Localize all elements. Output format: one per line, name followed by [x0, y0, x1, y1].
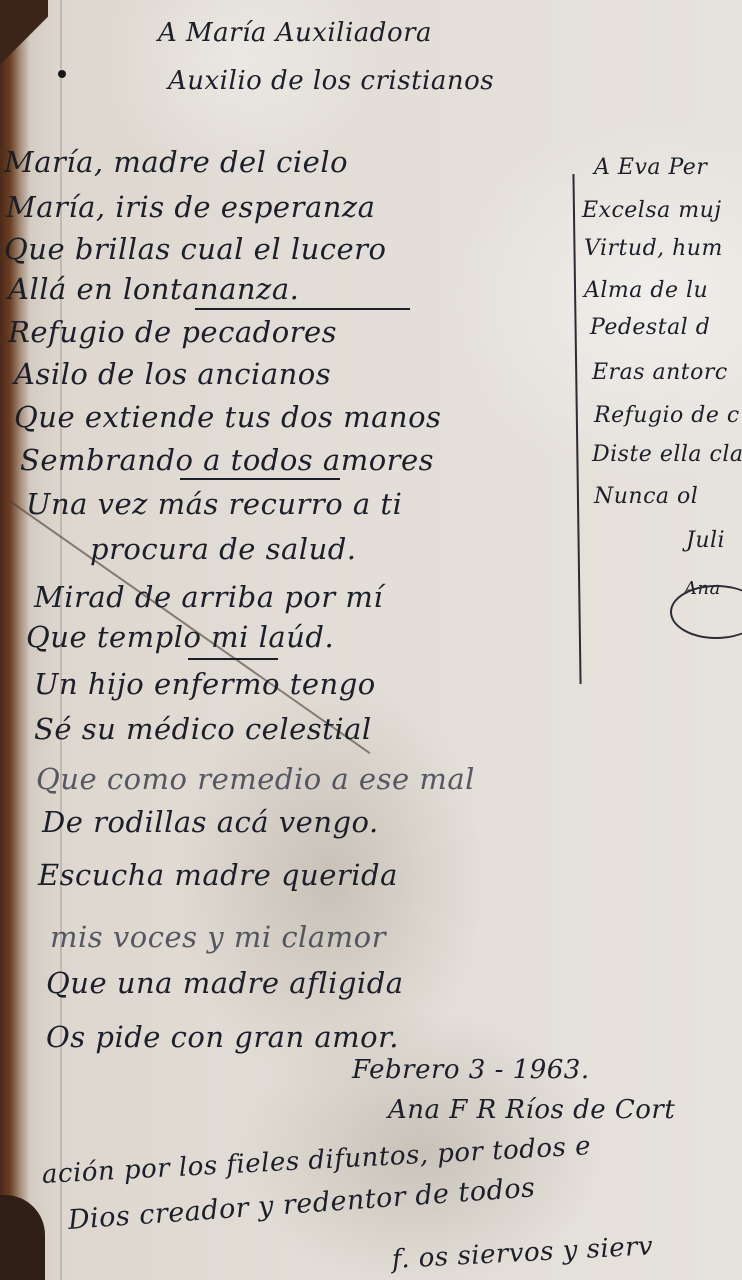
poem-line: Escucha madre querida	[38, 858, 398, 892]
side-line: Nunca ol	[594, 484, 698, 509]
side-line: Pedestal d	[590, 315, 710, 340]
poem-line: Sé su médico celestial	[34, 712, 372, 746]
poem-line: Una vez más recurro a ti	[26, 487, 402, 521]
side-line: Virtud, hum	[584, 236, 723, 261]
poem-line: María, madre del cielo	[4, 145, 348, 179]
underline	[180, 478, 340, 480]
side-line: Alma de lu	[584, 278, 708, 303]
poem-line: Mirad de arriba por mí	[34, 580, 383, 614]
side-line: A Eva Per	[594, 155, 707, 180]
underline	[188, 658, 278, 660]
torn-corner-top	[0, 0, 48, 80]
title-line-1: A María Auxiliadora	[158, 18, 432, 48]
poem-line: Que brillas cual el lucero	[4, 232, 387, 266]
date: Febrero 3 - 1963.	[352, 1055, 590, 1085]
poem-line: Asilo de los ancianos	[14, 357, 331, 391]
poem-line: De rodillas acá vengo.	[42, 805, 379, 839]
poem-line: Refugio de pecadores	[8, 315, 337, 349]
poem-line: Que como remedio a ese mal	[36, 762, 475, 796]
poem-line: Allá en lontananza.	[8, 272, 299, 306]
poem-line: Un hijo enfermo tengo	[34, 667, 376, 701]
side-line: Diste ella cla	[592, 442, 742, 467]
side-line: Refugio de c	[594, 403, 740, 428]
poem-line: Que extiende tus dos manos	[14, 400, 441, 434]
poem-line: Sembrando a todos amores	[20, 443, 434, 477]
title-line-2: Auxilio de los cristianos	[168, 66, 494, 96]
ink-spot	[58, 70, 66, 78]
signature: Ana F R Ríos de Cort	[388, 1095, 675, 1125]
poem-line: mis voces y mi clamor	[50, 920, 386, 954]
side-line: Excelsa muj	[582, 198, 722, 223]
side-line: Eras antorc	[592, 360, 728, 385]
poem-line: Que una madre afligida	[46, 966, 404, 1000]
poem-line: Que templo mi laúd.	[26, 620, 334, 654]
side-signature: Juli	[686, 528, 725, 553]
poem-line: Os pide con gran amor.	[46, 1020, 399, 1054]
poem-line: procura de salud.	[90, 532, 357, 566]
underline	[195, 308, 410, 310]
poem-line: María, iris de esperanza	[6, 190, 375, 224]
